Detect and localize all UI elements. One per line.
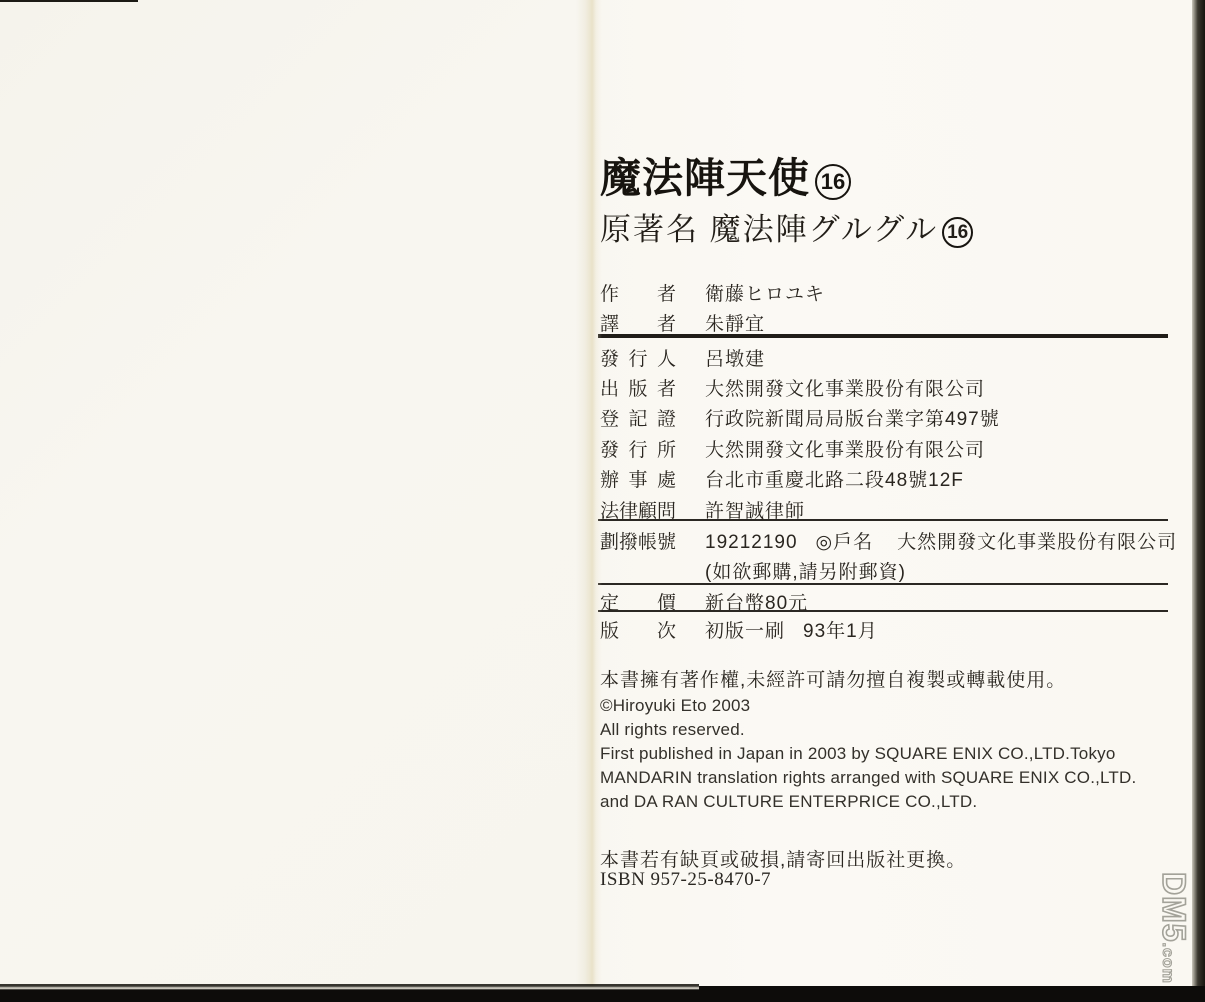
row-label: 作者 bbox=[600, 279, 676, 306]
copyright-line: First published in Japan in 2003 by SQUA… bbox=[600, 744, 1116, 764]
row-value: 初版一刷93年1月 bbox=[705, 616, 878, 643]
dm5-watermark: DM5.com bbox=[1158, 872, 1190, 984]
postal-holder-name: 大然開發文化事業股份有限公司 bbox=[897, 532, 1177, 553]
replacement-notice-zh: 本書若有缺頁或破損,請寄回出版社更換。 bbox=[600, 845, 966, 872]
row-value: 19212190◎戶名大然開發文化事業股份有限公司 bbox=[705, 527, 1177, 554]
divider-rule bbox=[598, 610, 1168, 612]
colophon-row-registration: 登記證 行政院新聞局局版台業字第497號 bbox=[600, 404, 1167, 428]
copyright-line: ©Hiroyuki Eto 2003 bbox=[600, 696, 750, 716]
row-value: 呂墩建 bbox=[705, 344, 765, 371]
copyright-line: and DA RAN CULTURE ENTERPRICE CO.,LTD. bbox=[600, 792, 977, 812]
original-title-label: 原著名 bbox=[600, 212, 699, 247]
isbn-number: ISBN 957-25-8470-7 bbox=[600, 869, 771, 891]
colophon-row-postal-account: 劃撥帳號 19212190◎戶名大然開發文化事業股份有限公司 bbox=[600, 527, 1167, 551]
colophon-row-translator: 譯者 朱靜宜 bbox=[600, 309, 1167, 333]
colophon-row-publisher: 出版者 大然開發文化事業股份有限公司 bbox=[600, 374, 1167, 398]
mail-order-note: (如欲郵購,請另附郵資) bbox=[705, 557, 906, 584]
colophon-row-price: 定價 新台幣80元 bbox=[600, 588, 1167, 612]
edition-printing: 初版一刷 bbox=[705, 621, 785, 642]
copyright-line: All rights reserved. bbox=[600, 720, 745, 740]
colophon-row-publisher-person: 發行人 呂墩建 bbox=[600, 344, 1167, 368]
postal-account-number: 19212190 bbox=[705, 532, 798, 553]
watermark-logo-text: DM5 bbox=[1156, 872, 1192, 943]
page-spine-crease bbox=[576, 0, 602, 1002]
watermark-suffix-text: .com bbox=[1159, 943, 1176, 984]
row-value: 台北市重慶北路二段48號12F bbox=[705, 465, 964, 492]
original-title-text: 魔法陣グルグル bbox=[710, 212, 939, 247]
blank-left-page bbox=[0, 0, 588, 1002]
book-title: 魔法陣天使16 bbox=[600, 145, 851, 204]
colophon-row-office: 辦事處 台北市重慶北路二段48號12F bbox=[600, 465, 1167, 489]
row-label: 登記證 bbox=[600, 404, 676, 431]
row-label: 出版者 bbox=[600, 374, 676, 401]
row-label: 譯者 bbox=[600, 309, 676, 336]
volume-number-circled: 16 bbox=[815, 164, 851, 200]
row-value: 大然開發文化事業股份有限公司 bbox=[705, 435, 985, 462]
row-value: 朱靜宜 bbox=[705, 309, 765, 336]
row-label: 發行所 bbox=[600, 435, 676, 462]
colophon-row-author: 作者 衛藤ヒロユキ bbox=[600, 279, 1167, 303]
colophon-row-mail-order-note: (如欲郵購,請另附郵資) bbox=[600, 557, 1167, 581]
row-label: 版次 bbox=[600, 616, 676, 643]
copyright-line: MANDARIN translation rights arranged wit… bbox=[600, 768, 1136, 788]
colophon-row-edition: 版次 初版一刷93年1月 bbox=[600, 616, 1167, 640]
book-title-text: 魔法陣天使 bbox=[600, 155, 810, 201]
edition-date: 93年1月 bbox=[803, 621, 878, 642]
row-label: 辦事處 bbox=[600, 465, 676, 492]
row-value: 大然開發文化事業股份有限公司 bbox=[705, 374, 985, 401]
row-label: 劃撥帳號 bbox=[600, 527, 676, 554]
scan-edge-top bbox=[0, 0, 138, 2]
original-title-line: 原著名 魔法陣グルグル16 bbox=[600, 204, 973, 249]
copyright-notice-zh: 本書擁有著作權,未經許可請勿擅自複製或轉載使用。 bbox=[600, 665, 1066, 692]
divider-rule bbox=[598, 583, 1168, 585]
colophon-row-legal-advisor: 法律顧問 許智誠律師 bbox=[600, 496, 1167, 520]
divider-rule bbox=[598, 519, 1168, 521]
scan-edge-bottom bbox=[0, 990, 1205, 1002]
divider-rule bbox=[598, 334, 1168, 338]
postal-holder-label: ◎戶名 bbox=[816, 532, 874, 553]
scan-edge-right bbox=[1192, 0, 1205, 1002]
colophon-row-distributor: 發行所 大然開發文化事業股份有限公司 bbox=[600, 435, 1167, 459]
scanned-book-spread: 魔法陣天使16 原著名 魔法陣グルグル16 作者 衛藤ヒロユキ 譯者 朱靜宜 發… bbox=[0, 0, 1205, 1002]
original-volume-circled: 16 bbox=[942, 217, 973, 248]
row-value: 衛藤ヒロユキ bbox=[705, 279, 825, 306]
row-value: 行政院新聞局局版台業字第497號 bbox=[705, 404, 1000, 431]
row-label: 發行人 bbox=[600, 344, 676, 371]
